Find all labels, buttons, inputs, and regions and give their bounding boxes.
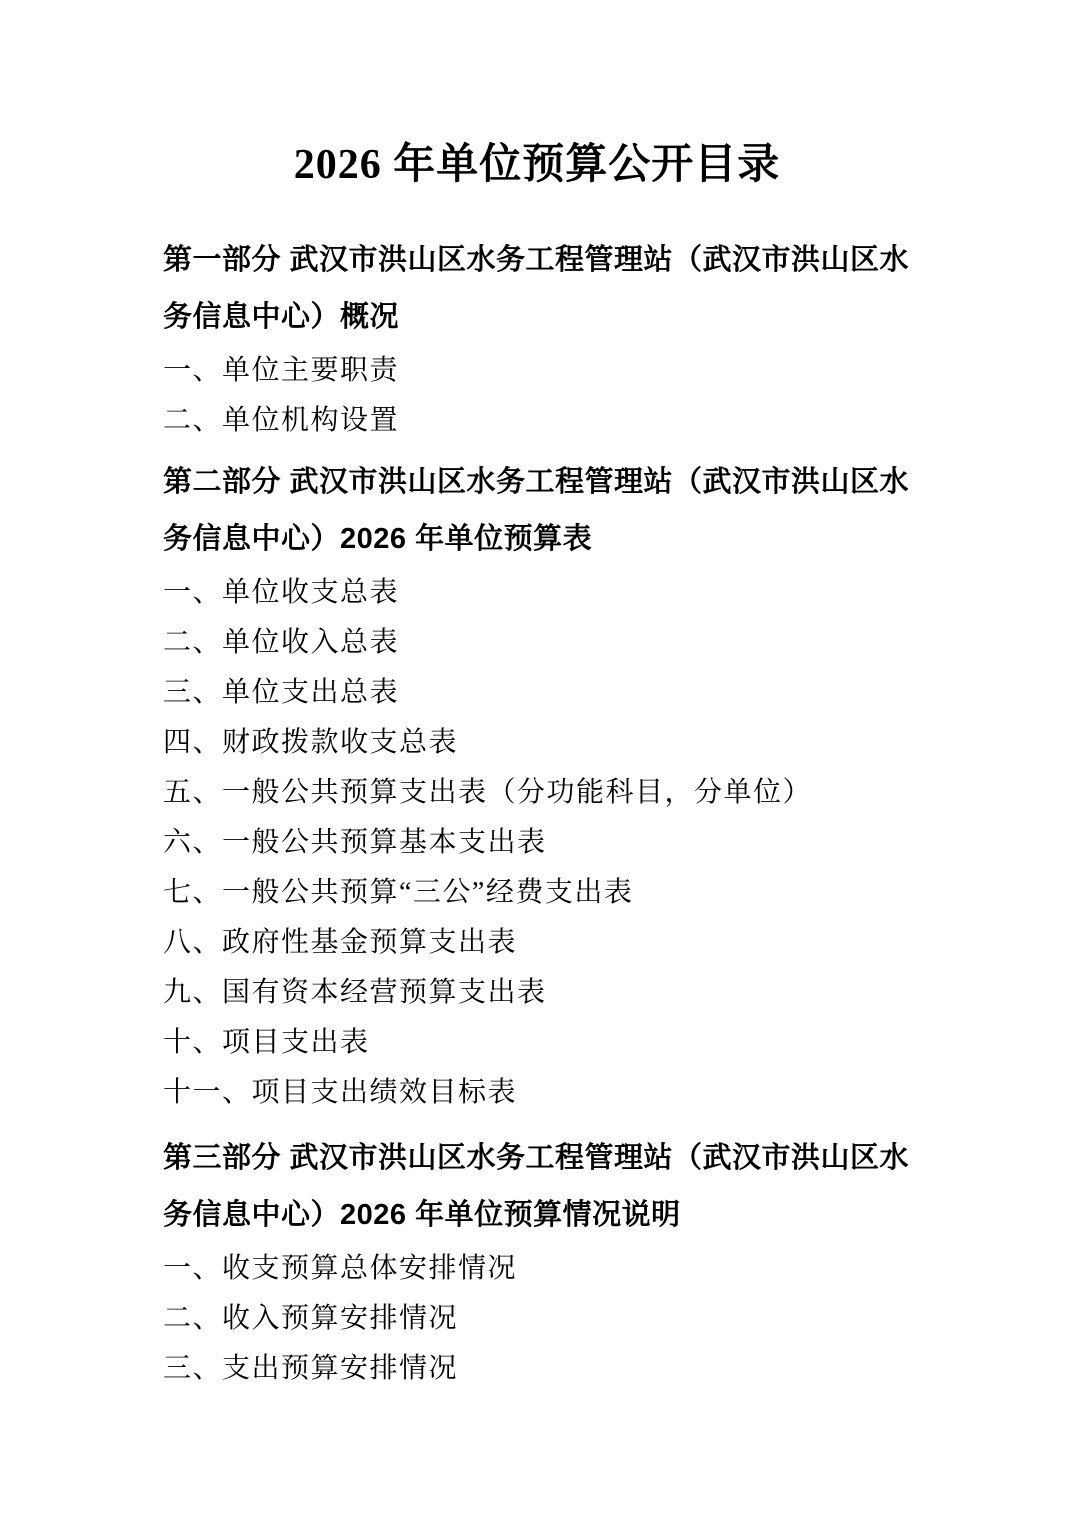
toc-item: 十、项目支出表 <box>163 1018 1074 1068</box>
document-title: 2026 年单位预算公开目录 <box>0 140 1074 190</box>
toc-item: 一、收支预算总体安排情况 <box>163 1244 1074 1294</box>
toc-item: 二、单位收入总表 <box>163 618 1074 668</box>
toc-item: 八、政府性基金预算支出表 <box>163 918 1074 968</box>
toc-item: 一、单位主要职责 <box>163 346 1074 396</box>
toc-item: 二、单位机构设置 <box>163 396 1074 446</box>
toc-item: 六、一般公共预算基本支出表 <box>163 818 1074 868</box>
section-1-heading-line-1: 第一部分 武汉市洪山区水务工程管理站（武汉市洪山区水 <box>163 232 1074 289</box>
document-content: 第一部分 武汉市洪山区水务工程管理站（武汉市洪山区水 务信息中心）概况 一、单位… <box>163 232 1074 1394</box>
toc-item: 三、单位支出总表 <box>163 668 1074 718</box>
toc-item: 五、一般公共预算支出表（分功能科目，分单位） <box>163 768 1074 818</box>
toc-item: 三、支出预算安排情况 <box>163 1344 1074 1394</box>
toc-item: 二、收入预算安排情况 <box>163 1294 1074 1344</box>
section-1-toc-list: 一、单位主要职责 二、单位机构设置 <box>163 346 1074 446</box>
toc-item: 九、国有资本经营预算支出表 <box>163 968 1074 1018</box>
toc-item: 一、单位收支总表 <box>163 568 1074 618</box>
section-3-heading-line-1: 第三部分 武汉市洪山区水务工程管理站（武汉市洪山区水 <box>163 1130 1074 1187</box>
document-page: 2026 年单位预算公开目录 第一部分 武汉市洪山区水务工程管理站（武汉市洪山区… <box>0 0 1074 1520</box>
section-1-heading-line-2: 务信息中心）概况 <box>163 289 1074 346</box>
section-2-heading-line-1: 第二部分 武汉市洪山区水务工程管理站（武汉市洪山区水 <box>163 454 1074 511</box>
toc-item: 四、财政拨款收支总表 <box>163 718 1074 768</box>
section-1-heading: 第一部分 武汉市洪山区水务工程管理站（武汉市洪山区水 务信息中心）概况 <box>163 232 1074 346</box>
toc-item: 十一、项目支出绩效目标表 <box>163 1068 1074 1118</box>
toc-item: 七、一般公共预算“三公”经费支出表 <box>163 868 1074 918</box>
section-part-3: 第三部分 武汉市洪山区水务工程管理站（武汉市洪山区水 务信息中心）2026 年单… <box>163 1130 1074 1394</box>
section-part-1: 第一部分 武汉市洪山区水务工程管理站（武汉市洪山区水 务信息中心）概况 一、单位… <box>163 232 1074 446</box>
section-3-toc-list: 一、收支预算总体安排情况 二、收入预算安排情况 三、支出预算安排情况 <box>163 1244 1074 1394</box>
section-2-heading: 第二部分 武汉市洪山区水务工程管理站（武汉市洪山区水 务信息中心）2026 年单… <box>163 454 1074 568</box>
section-3-heading-line-2: 务信息中心）2026 年单位预算情况说明 <box>163 1187 1074 1244</box>
section-3-heading: 第三部分 武汉市洪山区水务工程管理站（武汉市洪山区水 务信息中心）2026 年单… <box>163 1130 1074 1244</box>
section-2-heading-line-2: 务信息中心）2026 年单位预算表 <box>163 511 1074 568</box>
section-part-2: 第二部分 武汉市洪山区水务工程管理站（武汉市洪山区水 务信息中心）2026 年单… <box>163 454 1074 1118</box>
section-2-toc-list: 一、单位收支总表 二、单位收入总表 三、单位支出总表 四、财政拨款收支总表 五、… <box>163 568 1074 1118</box>
